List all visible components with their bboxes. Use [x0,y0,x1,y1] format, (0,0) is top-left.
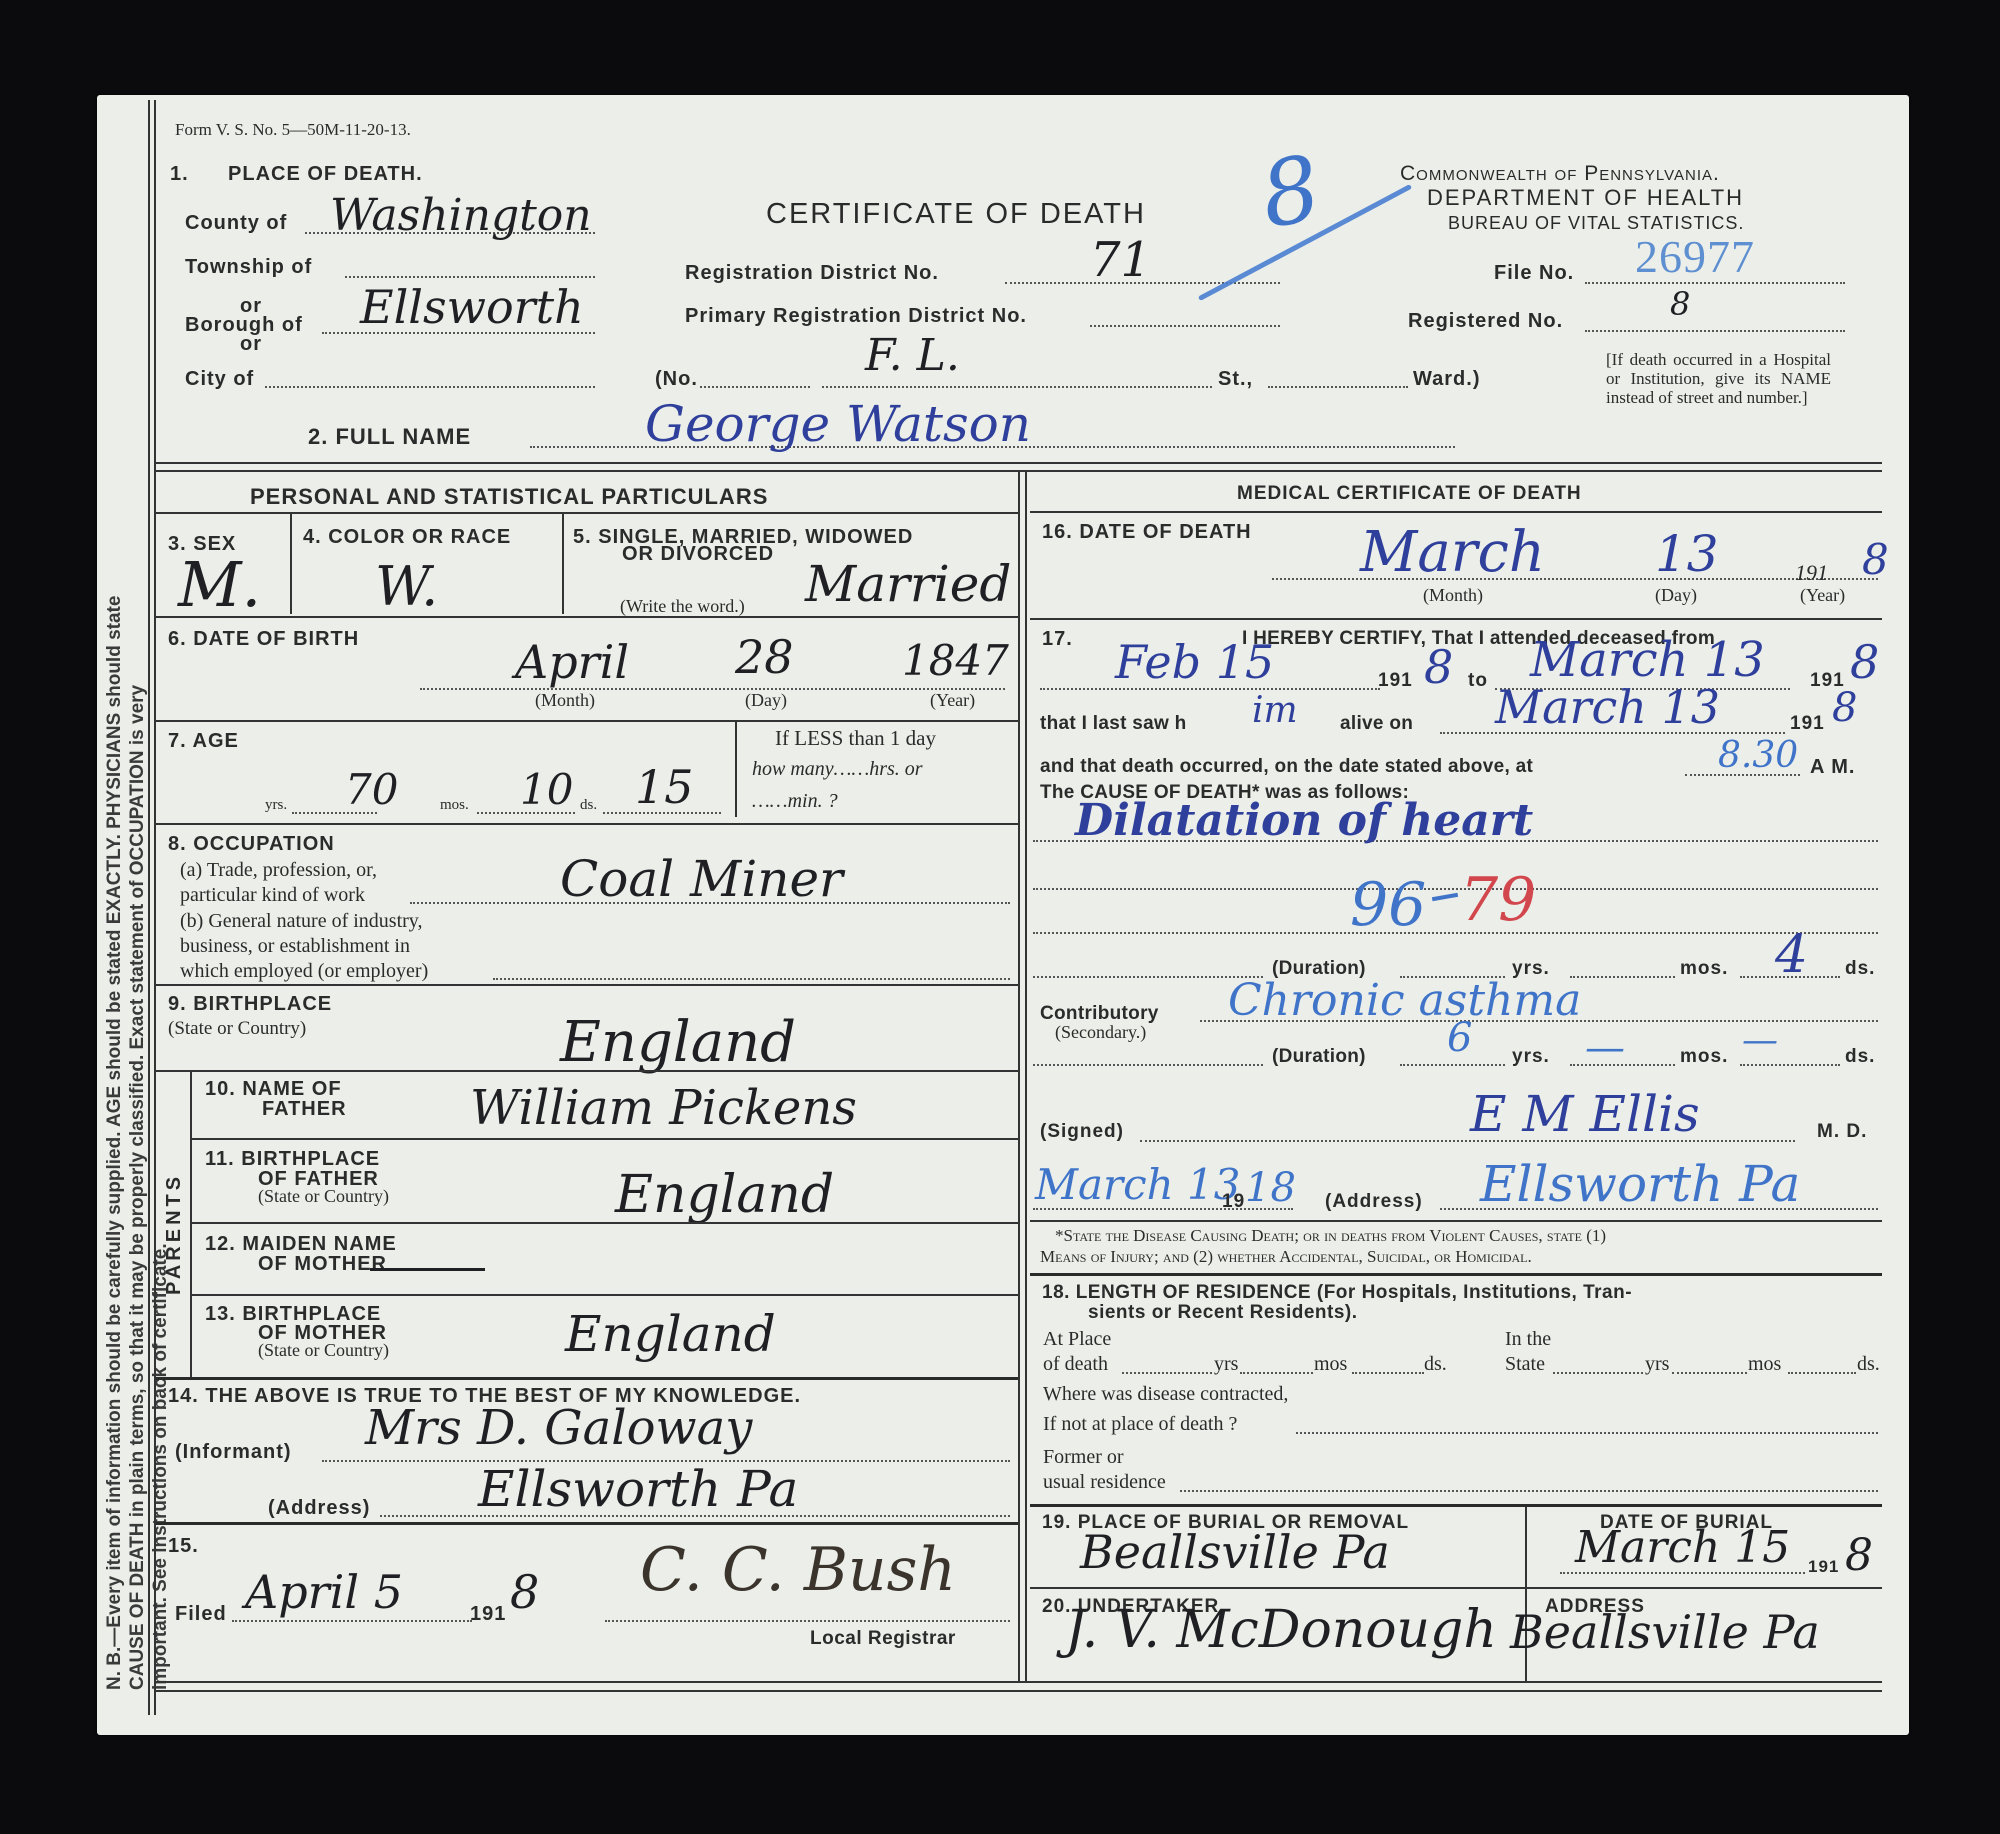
burial-year-suffix[interactable]: 8 [1845,1530,1873,1581]
filed-date-line [232,1620,472,1622]
parents-label: PARENTS [163,1173,186,1295]
dob-month[interactable]: April [515,635,629,689]
divider [562,514,564,614]
cause-line-2 [1033,888,1878,890]
certify-number: 17. [1042,628,1073,651]
side-note-line-1: N. B.—Every item of information should b… [103,596,126,1690]
attended-from[interactable]: Feb 15 [1115,635,1274,689]
frame-bottom-line-2 [156,1690,1882,1692]
former-residence-line [1180,1490,1878,1492]
certificate-title: CERTIFICATE OF DEATH [766,198,1146,231]
age-ds[interactable]: 15 [635,760,694,814]
duration-ds-caption: ds. [1845,958,1875,980]
divider [156,984,1018,986]
dob-line [420,688,1005,690]
to-label: to [1468,670,1488,692]
frame-left-line-1 [148,100,150,1715]
borough-value[interactable]: Ellsworth [360,280,584,334]
occupation-a-1: (a) Trade, profession, or, [180,859,377,882]
contrib-ds-line [1740,1064,1840,1066]
attended-from-year-prefix: 191 [1378,670,1413,692]
less-than-day-3: ……min. ? [752,790,838,813]
at-place-mos-line [1240,1372,1313,1374]
contributory-value[interactable]: Chronic asthma [1228,975,1581,1026]
less-than-day-1: If LESS than 1 day [775,726,936,751]
at-place-label: At Place [1043,1328,1111,1351]
occupation-b-2: business, or establishment in [180,935,410,958]
birthplace-hint: (State or Country) [168,1018,306,1040]
occupation-b-3: which employed (or employer) [180,960,428,983]
side-note: N. B.—Every item of information should b… [103,596,172,1690]
undertaker-address-value[interactable]: Beallsville Pa [1510,1605,1820,1659]
in-state-mos-line [1672,1372,1747,1374]
sex-value[interactable]: M. [178,548,261,621]
contrib-duration-ds[interactable]: — [1742,1020,1778,1061]
in-state-yrs-line [1553,1372,1643,1374]
mother-birthplace-value[interactable]: England [565,1305,776,1363]
column-divider-2 [1025,470,1027,1682]
last-saw-pronoun[interactable]: im [1252,690,1298,731]
at-place-yrs-line [1122,1372,1212,1374]
dob-day-caption: (Day) [745,690,787,711]
file-no-value: 26977 [1635,230,1755,283]
last-saw-year[interactable]: 8 [1832,685,1857,731]
contrib-duration-yrs[interactable]: 6 [1447,1015,1472,1061]
age-yrs[interactable]: 70 [345,765,398,814]
sign-year-suffix[interactable]: 18 [1245,1165,1296,1211]
frame-left-line-2 [154,100,156,1715]
divider [1030,1273,1882,1276]
last-saw-label: that I last saw h [1040,713,1187,735]
occupation-a-2: particular kind of work [180,884,365,907]
parents-divider [190,1072,192,1377]
medical-address-value[interactable]: Ellsworth Pa [1480,1155,1800,1213]
divider [192,1294,1018,1296]
attended-to-year[interactable]: 8 [1850,635,1879,689]
or-label-2: or [240,333,262,356]
divider [156,823,1018,825]
side-note-line-3: important. See instructions on back of c… [149,596,172,1690]
residence-label-2: sients or Recent Residents). [1088,1302,1358,1324]
dob-day[interactable]: 28 [735,630,794,684]
divider [1030,1587,1882,1589]
cause-value[interactable]: Dilatation of heart [1075,795,1533,846]
filing-number: 15. [168,1535,199,1558]
divider [156,1070,1018,1072]
occupation-label: 8. OCCUPATION [168,833,335,856]
medical-address-label: (Address) [1325,1191,1423,1213]
filed-year-prefix: 191 [470,1603,506,1626]
side-note-line-2: CAUSE OF DEATH in plain terms, so that i… [126,596,149,1690]
marital-hint: (Write the word.) [620,596,745,617]
age-label: 7. AGE [168,730,239,753]
dod-year-caption: (Year) [1800,585,1845,606]
at-place-ds: ds. [1424,1353,1447,1376]
hospital-note: [If death occurred in a Hospital or Inst… [1606,350,1831,407]
death-time-value[interactable]: 8.30 [1718,735,1798,776]
last-saw-label-2: alive on [1340,713,1413,735]
divider [290,514,292,614]
footnote-1: *State the Disease Causing Death; or in … [1055,1226,1606,1246]
occupation-b-1: (b) General nature of industry, [180,910,423,933]
duration-mos-line [1570,976,1675,978]
in-state-mos: mos [1748,1353,1781,1376]
father-birthplace-hint: (State or Country) [258,1186,389,1207]
secondary-label: (Secondary.) [1055,1022,1146,1043]
township-label: Township of [185,256,312,279]
divider-header [156,462,1882,464]
age-ds-caption: ds. [580,797,597,814]
date-of-death-month[interactable]: March [1360,520,1545,585]
divider [1030,511,1882,513]
primary-district-line [1090,325,1280,327]
industry-line [493,978,1010,980]
contrib-ds-caption: ds. [1845,1046,1875,1068]
cause-line-3 [1033,932,1878,934]
full-name-value[interactable]: George Watson [645,395,1031,453]
in-state-yrs: yrs [1645,1353,1669,1376]
agency-commonwealth: Commonwealth of Pennsylvania. [1400,162,1720,186]
former-residence-label: Former or [1043,1446,1124,1469]
primary-district-label: Primary Registration District No. [685,305,1027,328]
occupation-value[interactable]: Coal Miner [560,850,843,908]
dod-day-caption: (Day) [1655,585,1697,606]
date-of-death-label: 16. DATE OF DEATH [1042,521,1252,544]
mother-name-label-2: OF MOTHER [258,1253,387,1276]
divider [1030,1504,1882,1507]
in-state-ds: ds. [1857,1353,1880,1376]
last-saw-date[interactable]: March 13 [1495,680,1720,734]
agency-department: DEPARTMENT OF HEALTH [1427,185,1744,211]
sign-year-prefix: 19 [1222,1191,1245,1213]
date-of-death-year-prefix: 191 [1795,560,1828,586]
date-of-death-day[interactable]: 13 [1655,525,1719,583]
divider [1030,1220,1882,1222]
registered-no-label: Registered No. [1408,310,1563,333]
divider [735,722,737,817]
age-mos-caption: mos. [440,797,469,814]
divider [156,720,1018,722]
undertaker-value[interactable]: J. V. McDonough [1065,1600,1497,1660]
dob-year[interactable]: 1847 [902,636,1009,685]
registrar-signature[interactable]: C. C. Bush [640,1535,956,1605]
divider [156,1377,1018,1380]
medical-section-title: MEDICAL CERTIFICATE OF DEATH [1237,483,1582,505]
dod-month-caption: (Month) [1423,585,1483,606]
filed-label: Filed [175,1603,227,1626]
contrib-duration-lead-line [1033,1064,1263,1066]
age-mos[interactable]: 10 [520,765,573,814]
signed-value[interactable]: E M Ellis [1470,1085,1700,1143]
birthplace-label: 9. BIRTHPLACE [168,993,332,1016]
street-line [822,386,1212,388]
father-name-label-2: FATHER [262,1098,347,1121]
father-name-value[interactable]: William Pickens [470,1080,857,1136]
filed-date-value[interactable]: April 5 [245,1565,403,1619]
contracted-line [1296,1432,1878,1434]
registrar-caption: Local Registrar [810,1628,956,1650]
divider [156,512,1018,514]
contrib-duration-mos[interactable]: — [1585,1025,1625,1071]
divider [156,1522,1018,1525]
form-id: Form V. S. No. 5—50M-11-20-13. [175,120,411,140]
sign-date[interactable]: March 13 [1035,1160,1241,1209]
footnote-2: Means of Injury; and (2) whether Acciden… [1040,1247,1532,1267]
duration-mos-caption: mos. [1680,958,1728,980]
street-no-label: (No. [655,368,698,391]
at-place-mos: mos [1314,1353,1347,1376]
attended-from-year[interactable]: 8 [1424,640,1453,694]
dob-month-caption: (Month) [535,690,595,711]
divider [192,1222,1018,1224]
registrar-signature-line [605,1620,1010,1622]
contrib-yrs-caption: yrs. [1512,1046,1550,1068]
in-state-ds-line [1788,1372,1856,1374]
township-line [345,276,595,278]
contrib-duration-label: (Duration) [1272,1046,1366,1068]
in-state-label-2: State [1505,1353,1545,1376]
mother-name-value[interactable] [370,1268,485,1271]
registered-no-line [1585,330,1845,332]
divider [156,616,1018,618]
burial-year-prefix: 191 [1808,1557,1839,1577]
birthplace-value[interactable]: England [560,1010,796,1075]
city-line [265,386,595,388]
classification-red: 79 [1460,865,1536,935]
frame-bottom-line-1 [156,1681,1882,1683]
dob-label: 6. DATE OF BIRTH [168,628,359,651]
age-yrs-caption: yrs. [265,797,287,814]
informant-label: (Informant) [175,1441,292,1464]
registered-no-value[interactable]: 8 [1670,285,1690,323]
informant-address-value[interactable]: Ellsworth Pa [478,1460,798,1518]
informant-value[interactable]: Mrs D. Galoway [365,1400,752,1456]
place-of-death-label: 1. PLACE OF DEATH. [170,163,423,186]
signed-label: (Signed) [1040,1121,1124,1143]
burial-place-value[interactable]: Beallsville Pa [1080,1525,1390,1579]
city-label: City of [185,368,254,391]
personal-section-title: PERSONAL AND STATISTICAL PARTICULARS [250,484,768,510]
registration-district-value[interactable]: 71 [1090,232,1151,288]
marital-value[interactable]: Married [805,555,1011,613]
registration-district-label: Registration District No. [685,262,939,285]
race-value[interactable]: W. [375,555,438,618]
date-of-death-year-suffix[interactable]: 8 [1862,535,1889,584]
contracted-label-2: If not at place of death ? [1043,1413,1237,1436]
county-label: County of [185,212,287,235]
filed-year-suffix[interactable]: 8 [510,1565,539,1619]
dob-year-caption: (Year) [930,690,975,711]
informant-address-label: (Address) [268,1497,370,1520]
street-no-line [700,386,810,388]
full-name-label: 2. FULL NAME [308,424,471,450]
contrib-yrs-line [1400,1064,1505,1066]
marital-label-2: OR DIVORCED [622,543,774,566]
ward-label: Ward.) [1413,368,1480,391]
death-time-label: and that death occurred, on the date sta… [1040,756,1533,778]
death-time-suffix: A M. [1810,756,1855,779]
street-value[interactable]: F. L. [865,330,960,381]
ward-line [1268,386,1408,388]
classification-blue: 96 [1350,870,1426,940]
mother-birthplace-hint: (State or Country) [258,1340,389,1361]
less-than-day-2: how many……hrs. or [752,758,923,781]
md-label: M. D. [1817,1121,1867,1143]
at-place-ds-line [1352,1372,1424,1374]
contrib-mos-caption: mos. [1680,1046,1728,1068]
last-saw-year-prefix: 191 [1790,713,1825,735]
file-no-label: File No. [1494,262,1574,285]
race-label: 4. COLOR OR RACE [303,526,511,549]
contracted-label: Where was disease contracted, [1043,1383,1288,1406]
street-st-label: St., [1218,368,1253,391]
former-residence-label-2: usual residence [1043,1471,1166,1494]
burial-date-value[interactable]: March 15 [1575,1522,1790,1573]
duration-ds[interactable]: 4 [1775,925,1808,985]
column-divider-1 [1018,470,1020,1682]
at-place-label-2: of death [1043,1353,1108,1376]
county-value[interactable]: Washington [330,190,592,241]
divider [1030,618,1882,620]
divider [192,1138,1018,1140]
at-place-yrs: yrs [1214,1353,1238,1376]
residence-label: 18. LENGTH OF RESIDENCE (For Hospitals, … [1042,1282,1632,1304]
in-state-label: In the [1505,1328,1551,1351]
father-birthplace-value[interactable]: England [615,1165,834,1225]
